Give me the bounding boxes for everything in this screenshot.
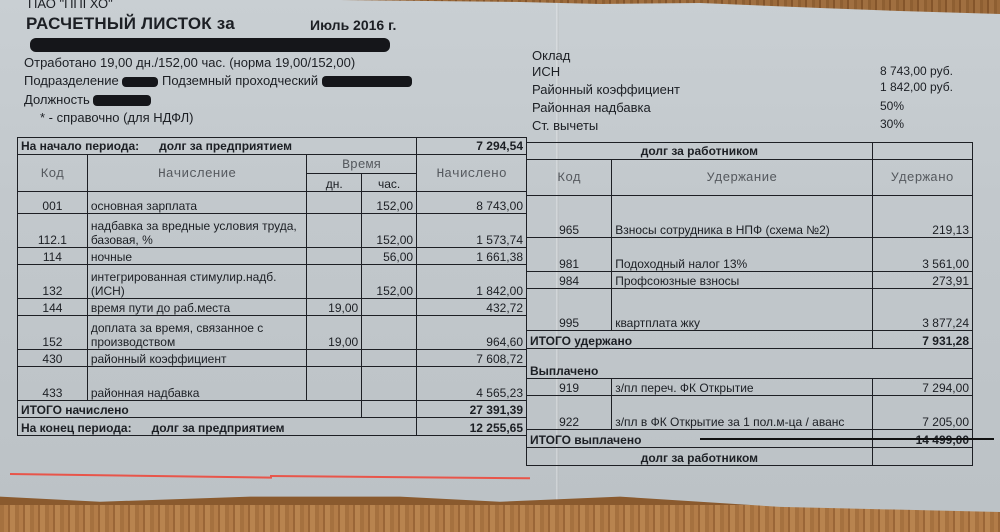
worker-debt-closing-value [872, 448, 972, 466]
ref-label-regional-coef: Районный коэффициент [532, 82, 680, 97]
opening-balance-value: 7 294,54 [417, 138, 527, 155]
accrual-name: интегрированная стимулир.надб.(ИСН) [87, 265, 306, 299]
accrual-days [307, 248, 362, 265]
payment-code: 922 [527, 396, 612, 430]
deductions-header-row: Код Удержание Удержано [527, 160, 973, 196]
accrual-code: 132 [18, 265, 88, 299]
accrual-days [307, 192, 362, 214]
company-name: ПАО "ППГХО" [28, 0, 113, 11]
accrual-days [307, 350, 362, 367]
deduction-amount: 273,91 [872, 272, 972, 289]
col-header-hours: час. [362, 174, 417, 192]
accrual-row: 001основная зарплата152,008 743,00 [18, 192, 527, 214]
closing-balance-label: На конец периода: долг за предприятием [18, 418, 417, 436]
accrual-code: 001 [18, 192, 88, 214]
ref-label-deductions: Ст. вычеты [532, 118, 598, 133]
pen-line-mark [700, 438, 994, 440]
red-underline-mark [270, 475, 530, 479]
col-header-time: Время [307, 155, 417, 174]
ref-value-regional-bonus: 30% [880, 117, 904, 131]
deduction-code: 965 [527, 196, 612, 238]
accruals-total-label: ИТОГО начислено [18, 401, 362, 418]
payslip-period: Июль 2016 г. [310, 17, 396, 33]
worker-debt-closing-row: долг за работником [527, 448, 973, 466]
ref-label-isn: ИСН [532, 64, 560, 79]
deduction-row: 984Профсоюзные взносы273,91 [527, 272, 973, 289]
accrual-hours: 152,00 [362, 265, 417, 299]
ref-value-salary: 8 743,00 руб. [880, 64, 953, 78]
accrual-hours [362, 316, 417, 350]
col-header-code: Код [527, 160, 612, 196]
deduction-code: 995 [527, 289, 612, 331]
accrual-hours [362, 367, 417, 401]
paid-label: Выплачено [527, 349, 973, 379]
ref-label-regional-bonus: Районная надбавка [532, 100, 651, 115]
worker-debt-opening-value [872, 143, 972, 160]
accrual-row: 152доплата за время, связанное с произво… [18, 316, 527, 350]
deduction-code: 981 [527, 238, 612, 272]
accrual-days [307, 367, 362, 401]
wooden-table-background [0, 505, 1000, 532]
paid-header-row: Выплачено [527, 349, 973, 379]
deductions-table: долг за работником Код Удержание Удержан… [526, 142, 973, 466]
accruals-total-row: ИТОГО начислено 27 391,39 [18, 401, 527, 418]
redacted-position [93, 95, 151, 106]
deduction-row: 965Взносы сотрудника в НПФ (схема №2)219… [527, 196, 973, 238]
position-line: Должность [24, 92, 151, 107]
worker-debt-opening-row: долг за работником [527, 143, 973, 160]
accrual-days: 19,00 [307, 299, 362, 316]
accrual-hours: 152,00 [362, 214, 417, 248]
col-header-accrual: Начисление [87, 155, 306, 192]
opening-balance-label: На начало периода: долг за предприятием [18, 138, 417, 155]
accrual-name: надбавка за вредные условия труда, базов… [87, 214, 306, 248]
payment-name: з/пл в ФК Открытие за 1 пол.м-ца / аванс [612, 396, 873, 430]
worked-time: Отработано 19,00 дн./152,00 час. (норма … [24, 55, 355, 70]
deduction-row: 995квартплата жку3 877,24 [527, 289, 973, 331]
accrual-amount: 7 608,72 [417, 350, 527, 367]
red-underline-mark [10, 473, 272, 479]
accrual-code: 144 [18, 299, 88, 316]
redacted-dept-suffix [322, 76, 412, 87]
accrual-days [307, 265, 362, 299]
accrual-name: районная надбавка [87, 367, 306, 401]
accrual-row: 112.1надбавка за вредные условия труда, … [18, 214, 527, 248]
accrual-code: 430 [18, 350, 88, 367]
col-header-code: Код [18, 155, 88, 192]
accrual-row: 144время пути до раб.места19,00432,72 [18, 299, 527, 316]
accrual-code: 152 [18, 316, 88, 350]
accrual-row: 114ночные56,001 661,38 [18, 248, 527, 265]
accrual-amount: 1 573,74 [417, 214, 527, 248]
department-value: Подземный проходческий [162, 73, 318, 88]
accrual-name: районный коэффициент [87, 350, 306, 367]
worker-debt-opening-label: долг за работником [527, 143, 873, 160]
deduction-row: 981Подоходный налог 13%3 561,00 [527, 238, 973, 272]
accrual-amount: 964,60 [417, 316, 527, 350]
deduction-amount: 219,13 [872, 196, 972, 238]
payment-row: 922з/пл в ФК Открытие за 1 пол.м-ца / ав… [527, 396, 973, 430]
payslip-paper: ПАО "ППГХО" РАСЧЕТНЫЙ ЛИСТОК за Июль 201… [0, 0, 1000, 512]
redacted-employee-name [30, 38, 390, 52]
accrual-amount: 8 743,00 [417, 192, 527, 214]
payment-row: 919з/пл переч. ФК Открытие7 294,00 [527, 379, 973, 396]
accruals-table: На начало периода: долг за предприятием … [17, 137, 527, 436]
deductions-total-row: ИТОГО удержано 7 931,28 [527, 331, 973, 349]
accrual-name: ночные [87, 248, 306, 265]
col-header-accrued: Начислено [417, 155, 527, 192]
deductions-total-label: ИТОГО удержано [527, 331, 873, 349]
col-header-deducted: Удержано [872, 160, 972, 196]
deduction-amount: 3 561,00 [872, 238, 972, 272]
department-line: Подразделение Подземный проходческий [24, 73, 412, 88]
accrual-name: доплата за время, связанное с производст… [87, 316, 306, 350]
deduction-name: Подоходный налог 13% [612, 238, 873, 272]
payment-code: 919 [527, 379, 612, 396]
deductions-total-value: 7 931,28 [872, 331, 972, 349]
ndfl-note: * - справочно (для НДФЛ) [40, 110, 193, 125]
worker-debt-closing-label: долг за работником [527, 448, 873, 466]
accrual-hours [362, 299, 417, 316]
accruals-header-row: Код Начисление Время Начислено [18, 155, 527, 174]
accrual-row: 430районный коэффициент7 608,72 [18, 350, 527, 367]
accrual-amount: 432,72 [417, 299, 527, 316]
accrual-hours [362, 350, 417, 367]
accrual-amount: 4 565,23 [417, 367, 527, 401]
ref-label-salary: Оклад [532, 48, 570, 63]
accrual-name: время пути до раб.места [87, 299, 306, 316]
redacted-dept-code [122, 77, 158, 87]
ref-value-regional-coef: 50% [880, 99, 904, 113]
payment-name: з/пл переч. ФК Открытие [612, 379, 873, 396]
ref-value-isn: 1 842,00 руб. [880, 80, 953, 94]
accrual-code: 112.1 [18, 214, 88, 248]
accrual-code: 114 [18, 248, 88, 265]
closing-balance-row: На конец периода: долг за предприятием 1… [18, 418, 527, 436]
accrual-code: 433 [18, 367, 88, 401]
department-label: Подразделение [24, 73, 119, 88]
deduction-name: Профсоюзные взносы [612, 272, 873, 289]
payment-amount: 7 205,00 [872, 396, 972, 430]
accrual-amount: 1 661,38 [417, 248, 527, 265]
position-label: Должность [24, 92, 90, 107]
accrual-hours: 56,00 [362, 248, 417, 265]
deduction-name: квартплата жку [612, 289, 873, 331]
accrual-name: основная зарплата [87, 192, 306, 214]
closing-balance-value: 12 255,65 [417, 418, 527, 436]
deduction-name: Взносы сотрудника в НПФ (схема №2) [612, 196, 873, 238]
accrual-row: 433районная надбавка4 565,23 [18, 367, 527, 401]
accrual-row: 132интегрированная стимулир.надб.(ИСН)15… [18, 265, 527, 299]
payslip-title: РАСЧЕТНЫЙ ЛИСТОК за [26, 14, 235, 34]
accrual-days [307, 214, 362, 248]
accrual-amount: 1 842,00 [417, 265, 527, 299]
accrual-days: 19,00 [307, 316, 362, 350]
col-header-deduction: Удержание [612, 160, 873, 196]
accrual-hours: 152,00 [362, 192, 417, 214]
deduction-amount: 3 877,24 [872, 289, 972, 331]
opening-balance-row: На начало периода: долг за предприятием … [18, 138, 527, 155]
deduction-code: 984 [527, 272, 612, 289]
payment-amount: 7 294,00 [872, 379, 972, 396]
accruals-total-value: 27 391,39 [417, 401, 527, 418]
col-header-days: дн. [307, 174, 362, 192]
